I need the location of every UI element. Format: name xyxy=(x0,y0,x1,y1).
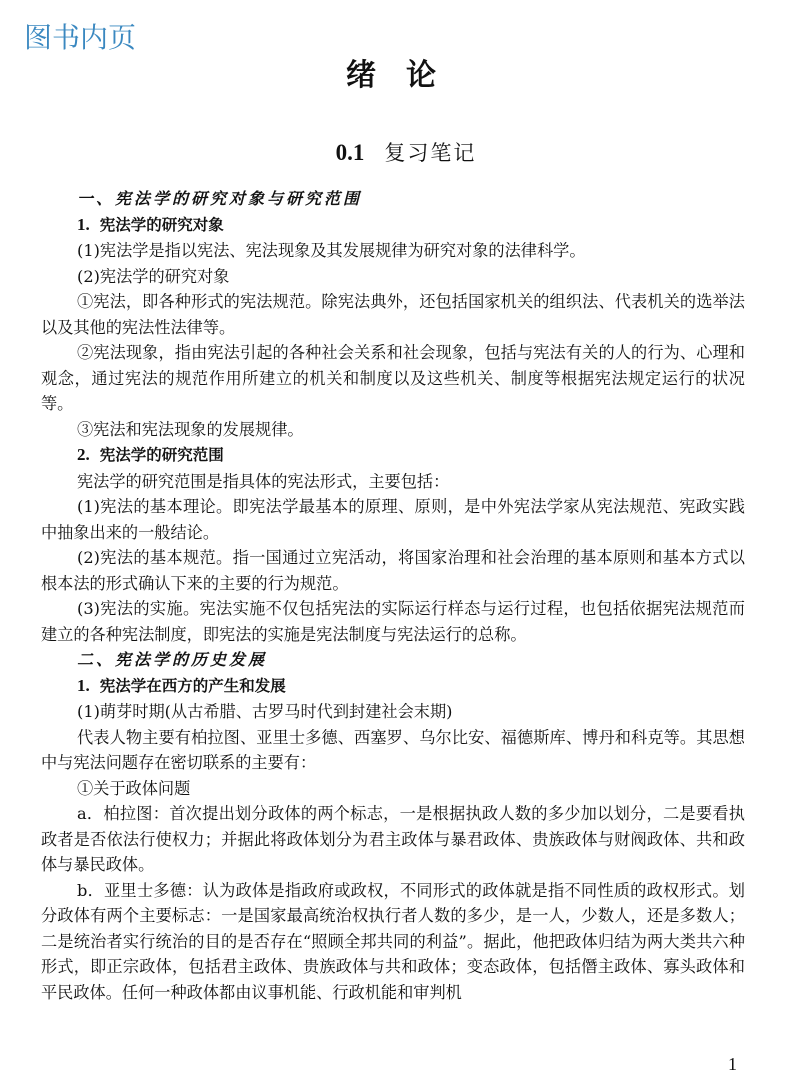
paragraph: ②宪法现象，指由宪法引起的各种社会关系和社会现象，包括与宪法有关的人的行为、心理… xyxy=(41,340,745,417)
subheading: 1.宪法学在西方的产生和发展 xyxy=(41,673,745,700)
subheading-number: 2. xyxy=(77,445,90,464)
paragraph: (1)宪法学是指以宪法、宪法现象及其发展规律为研究对象的法律科学。 xyxy=(41,238,745,264)
page-number: 1 xyxy=(728,1052,737,1076)
paragraph: (1)萌芽时期(从古希腊、古罗马时代到封建社会末期) xyxy=(41,699,745,725)
paragraph: 宪法学的研究范围是指具体的宪法形式，主要包括： xyxy=(41,469,745,495)
paragraph: ①关于政体问题 xyxy=(41,776,745,802)
subheading: 1.宪法学的研究对象 xyxy=(41,212,745,239)
page-body: 一、宪法学的研究对象与研究范围 1.宪法学的研究对象 (1)宪法学是指以宪法、宪… xyxy=(41,186,745,1005)
subheading: 2.宪法学的研究范围 xyxy=(41,442,745,469)
chapter-title: 绪论 xyxy=(0,56,790,96)
section-number: 0.1 xyxy=(336,140,365,165)
paragraph: (1)宪法的基本理论。即宪法学最基本的原理、原则，是中外宪法学家从宪法规范、宪政… xyxy=(41,494,745,545)
subheading-number: 1. xyxy=(77,676,90,695)
paragraph: a．柏拉图：首次提出划分政体的两个标志，一是根据执政人数的多少加以划分，二是要看… xyxy=(41,801,745,878)
heading-level-1: 二、宪法学的历史发展 xyxy=(41,647,745,673)
section-title: 0.1复习笔记 xyxy=(0,138,790,169)
watermark-label: 图书内页 xyxy=(24,20,136,56)
paragraph: 代表人物主要有柏拉图、亚里士多德、西塞罗、乌尔比安、福德斯库、博丹和科克等。其思… xyxy=(41,725,745,776)
subheading-text: 宪法学的研究范围 xyxy=(100,446,224,464)
subheading-text: 宪法学在西方的产生和发展 xyxy=(100,677,286,695)
paragraph: (2)宪法学的研究对象 xyxy=(41,264,745,290)
subheading-text: 宪法学的研究对象 xyxy=(100,216,224,234)
subheading-number: 1. xyxy=(77,215,90,234)
section-title-text: 复习笔记 xyxy=(384,141,476,165)
paragraph: ③宪法和宪法现象的发展规律。 xyxy=(41,417,745,443)
heading-level-1: 一、宪法学的研究对象与研究范围 xyxy=(41,186,745,212)
paragraph: ①宪法，即各种形式的宪法规范。除宪法典外，还包括国家机关的组织法、代表机关的选举… xyxy=(41,289,745,340)
paragraph: (3)宪法的实施。宪法实施不仅包括宪法的实际运行样态与运行过程，也包括依据宪法规… xyxy=(41,596,745,647)
paragraph: (2)宪法的基本规范。指一国通过立宪活动，将国家治理和社会治理的基本原则和基本方… xyxy=(41,545,745,596)
paragraph: b．亚里士多德：认为政体是指政府或政权，不同形式的政体就是指不同性质的政权形式。… xyxy=(41,878,745,1006)
